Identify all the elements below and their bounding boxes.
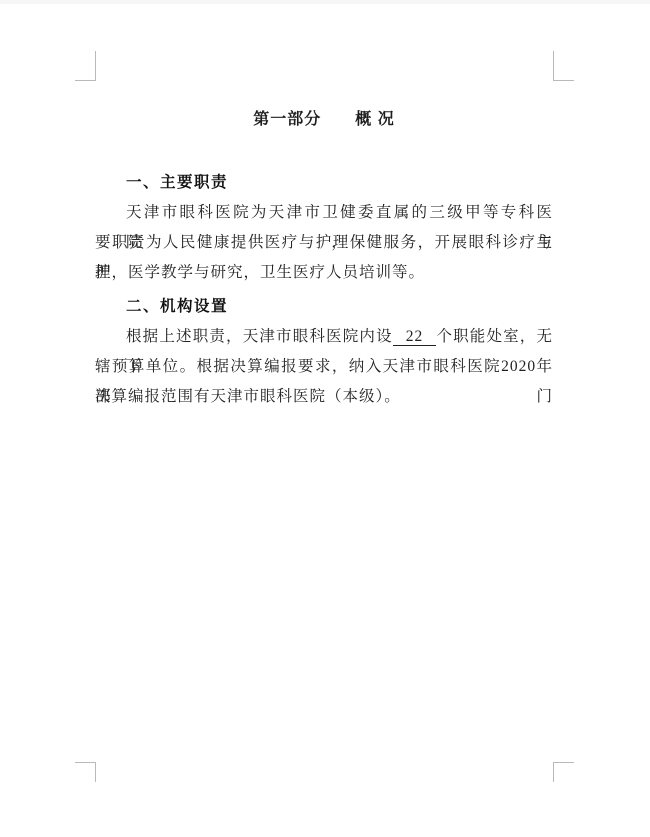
body-line: 辖预算单位。根据决算编报要求，纳入天津市眼科医院2020年部门 [95,352,553,382]
body-line: 天津市眼科医院为天津市卫健委直属的三级甲等专科医院，主 [95,198,553,228]
document-title: 第一部分 概 况 [95,105,553,135]
body-line: 要职责为人民健康提供医疗与护理保健服务，开展眼科诊疗与护 [95,228,553,258]
underlined-value: 22 [393,328,437,346]
crop-mark-line [75,80,96,81]
crop-mark-line [95,51,96,80]
section-heading-main-duties: 一、主要职责 [95,168,553,198]
page-top-edge [0,0,650,4]
body-line-with-underlined-value: 根据上述职责，天津市眼科医院内设22个职能处室，无下 [95,322,553,352]
crop-mark-line [95,762,96,782]
crop-mark-line [553,762,574,763]
body-line: 理，医学教学与研究，卫生医疗人员培训等。 [95,258,553,288]
crop-mark-line [553,762,554,782]
document-body: 一、主要职责 天津市眼科医院为天津市卫健委直属的三级甲等专科医院，主 要职责为人… [95,168,553,412]
body-text-segment: 根据上述职责，天津市眼科医院内设 [126,328,393,345]
crop-mark-line [553,80,574,81]
crop-mark-line [553,51,554,80]
crop-mark-line [75,762,96,763]
section-heading-org-structure: 二、机构设置 [95,292,553,322]
document-page: 第一部分 概 况 一、主要职责 天津市眼科医院为天津市卫健委直属的三级甲等专科医… [0,0,650,837]
